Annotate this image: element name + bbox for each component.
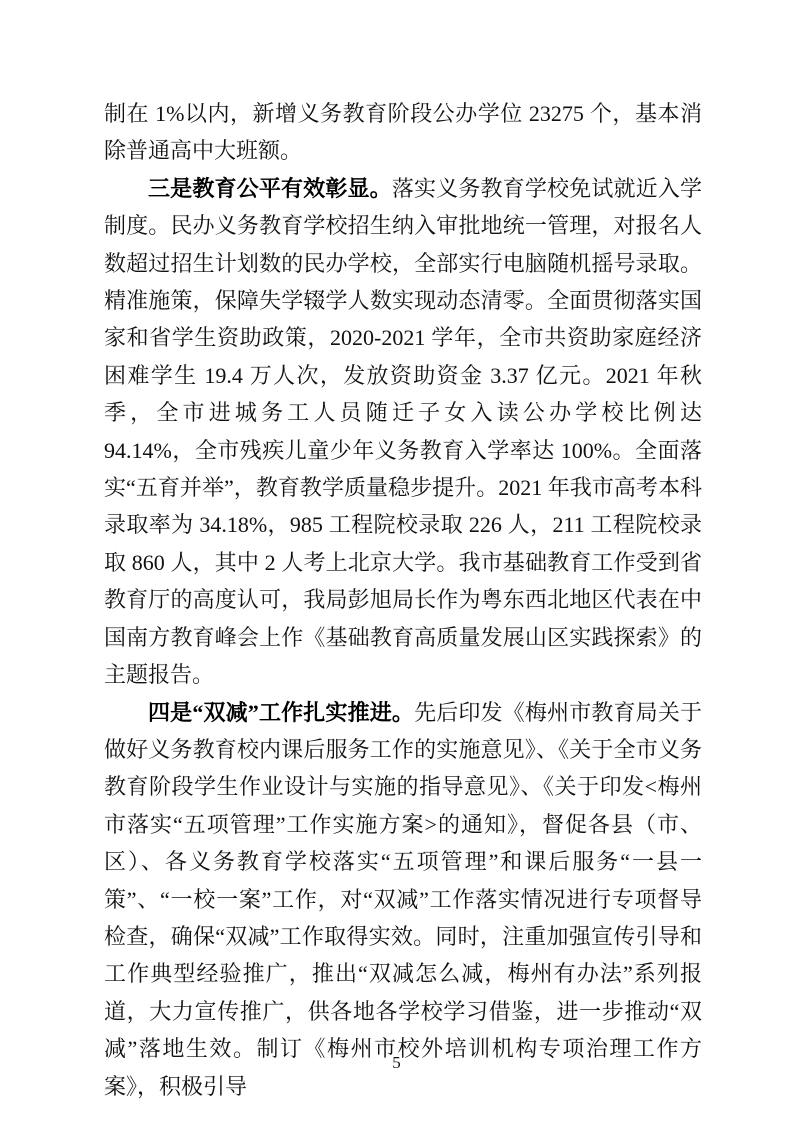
- paragraph-point-four: 四是“双减”工作扎实推进。先后印发《梅州市教育局关于做好义务教育校内课后服务工作…: [104, 694, 702, 1105]
- paragraph-point-four-lead: 四是“双减”工作扎实推进。: [148, 700, 414, 725]
- document-page: 制在 1%以内，新增义务教育阶段公办学位 23275 个，基本消除普通高中大班额…: [0, 0, 793, 1121]
- page-number: 5: [0, 1053, 793, 1073]
- paragraph-point-three: 三是教育公平有效彰显。落实义务教育学校免试就近入学制度。民办义务教育学校招生纳入…: [104, 170, 702, 694]
- paragraph-point-three-lead: 三是教育公平有效彰显。: [148, 176, 392, 201]
- document-body: 制在 1%以内，新增义务教育阶段公办学位 23275 个，基本消除普通高中大班额…: [104, 95, 702, 1105]
- paragraph-point-four-body: 先后印发《梅州市教育局关于做好义务教育校内课后服务工作的实施意见》、《关于全市义…: [104, 700, 702, 1099]
- paragraph-continuation: 制在 1%以内，新增义务教育阶段公办学位 23275 个，基本消除普通高中大班额…: [104, 95, 702, 170]
- paragraph-point-three-body: 落实义务教育学校免试就近入学制度。民办义务教育学校招生纳入审批地统一管理，对报名…: [104, 176, 702, 687]
